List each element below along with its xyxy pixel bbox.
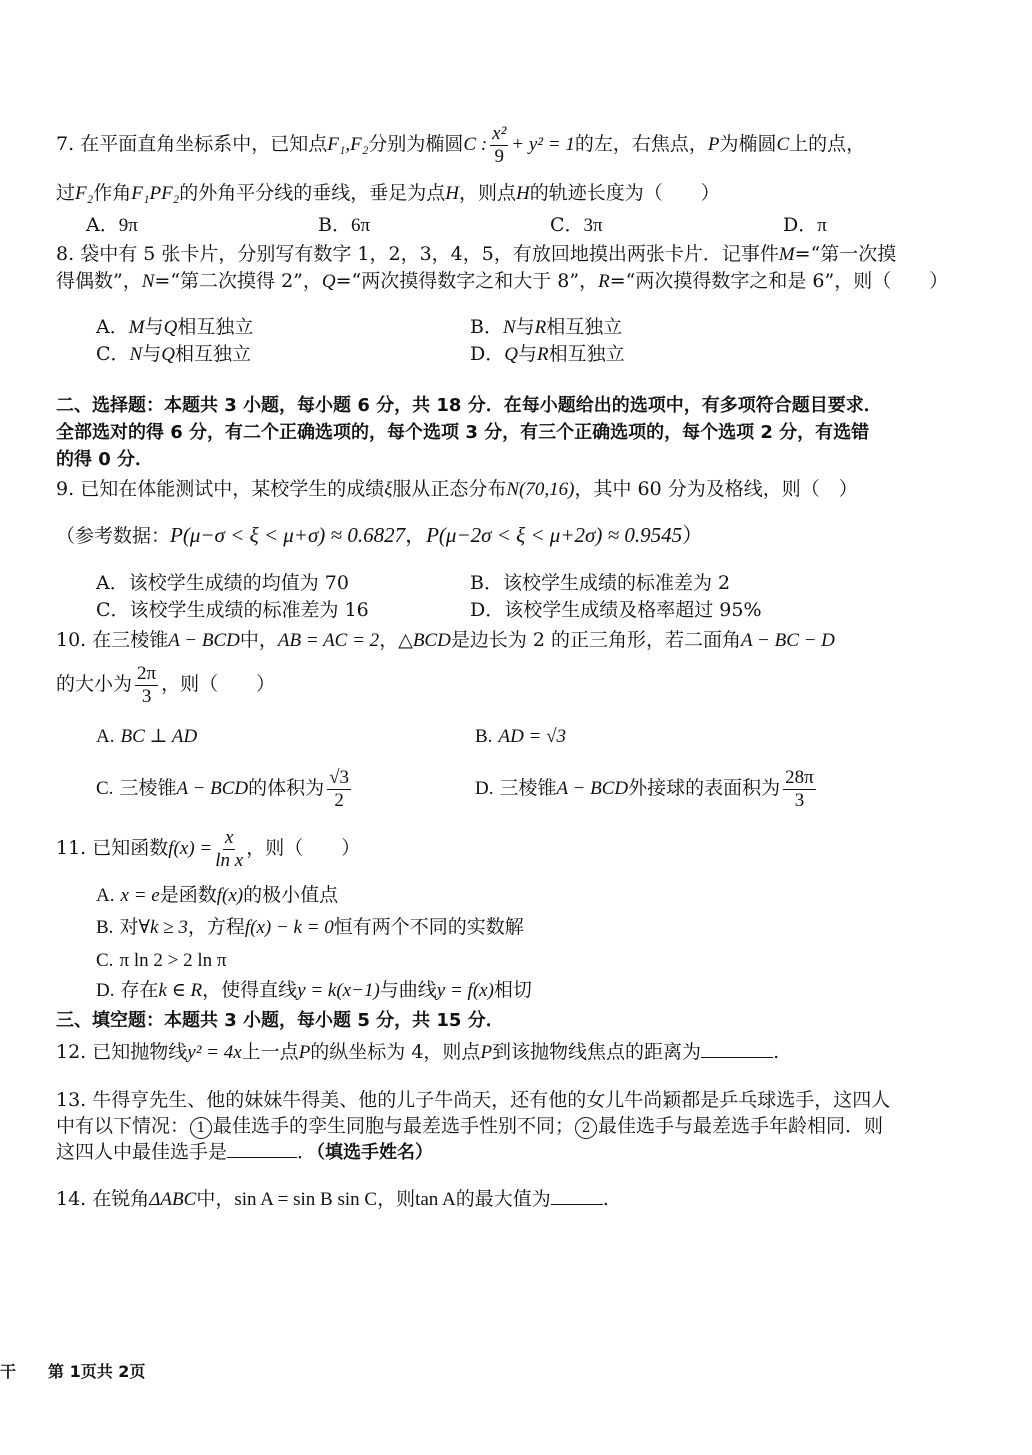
question-number: 9. — [56, 478, 74, 500]
math-var: N — [142, 271, 155, 292]
q9-text: ， — [405, 523, 426, 547]
option-math: ∀k ≥ 3 — [139, 917, 188, 938]
q12-text: 到该抛物线焦点的距离为 — [492, 1041, 701, 1063]
option-text: 相切 — [494, 979, 532, 1001]
math-equation: AB = AC = 2 — [278, 630, 379, 651]
option-text: 该校学生成绩的标准差为 16 — [130, 599, 369, 621]
q12-text: . — [773, 1041, 779, 1063]
math-var: P — [480, 1042, 492, 1063]
option-text: 恒有两个不同的实数解 — [334, 916, 524, 938]
q11-option-b: B. 对∀k ≥ 3，方程f(x) − k = 0恒有两个不同的实数解 — [96, 914, 524, 941]
math-angle: F₁PF₂ — [131, 183, 179, 204]
option-label: A. — [96, 885, 114, 906]
option-label: C． — [96, 343, 130, 365]
q7-option-d: D．π — [783, 212, 827, 239]
math-var: H — [516, 183, 530, 204]
math-var: F₂ — [75, 183, 93, 204]
q10-text: 的大小为 — [56, 673, 132, 695]
math-var: R — [535, 317, 547, 338]
q14-text: . — [603, 1188, 609, 1210]
page-number: 第 1页共 2页 — [48, 1359, 145, 1382]
circled-number-1: 1 — [190, 1117, 212, 1139]
fraction-numerator: x — [223, 827, 235, 850]
option-math: f(x) − k = 0 — [245, 917, 334, 938]
option-text: 的极小值点 — [243, 884, 338, 906]
q13-text: 最佳选手的孪生同胞与最差选手性别不同； — [213, 1115, 574, 1137]
math-var: C — [776, 134, 789, 155]
q7-text: 在平面直角坐标系中，已知点 — [80, 133, 327, 155]
math-fraction: 28π3 — [783, 767, 816, 812]
option-text: 与曲线 — [380, 979, 437, 1001]
option-text: 相互独立 — [546, 316, 622, 338]
math-fraction: 2π3 — [135, 663, 158, 708]
q10-option-d: D. 三棱锥A − BCD外接球的表面积为28π3 — [475, 760, 819, 817]
option-label: B. — [96, 917, 113, 938]
q10-line2: 的大小为2π3，则（ ） — [56, 656, 275, 712]
math-var: Q — [164, 317, 178, 338]
q10-option-b: B. AD = √3 — [475, 723, 566, 750]
math-dihedral: A − BC − D — [741, 630, 835, 651]
section-instructions-2: 全部选对的得 6 分，有二个正确选项的，每个选项 3 分，有三个正确选项的，每个… — [56, 420, 869, 446]
answer-blank[interactable] — [227, 1139, 297, 1158]
option-text: 与 — [145, 316, 164, 338]
fraction-denominator: 9 — [494, 146, 504, 168]
fraction-denominator: ln x — [215, 850, 243, 872]
q10-line1: 10. 在三棱锥A − BCD中，AB = AC = 2，△BCD是边长为 2 … — [56, 627, 835, 654]
answer-blank[interactable] — [701, 1039, 773, 1058]
q8-text: =“两次摸得数字之和大于 8”， — [336, 270, 598, 292]
q9-option-c: C．该校学生成绩的标准差为 16 — [96, 597, 369, 623]
q8-line2: 得偶数”，N=“第二次摸得 2”，Q=“两次摸得数字之和大于 8”，R=“两次摸… — [56, 268, 948, 295]
q9-text: 服从正态分布 — [392, 478, 506, 500]
q13-text: 中有以下情况： — [56, 1115, 189, 1137]
section-instructions-2-end: 的得 0 分． — [56, 447, 153, 473]
question-number: 7. — [56, 133, 74, 155]
option-text: 对 — [119, 916, 138, 938]
q13-line3: 这四人中最佳选手是．（填选手姓名） — [56, 1139, 433, 1166]
fraction-denominator: 2 — [334, 790, 344, 812]
q12-line: 12. 已知抛物线y² = 4x上一点P的纵坐标为 4，则点P到该抛物线焦点的距… — [56, 1039, 779, 1066]
option-label: D. — [96, 980, 114, 1001]
question-number: 14. — [56, 1188, 86, 1210]
option-label: D. — [475, 778, 493, 799]
q12-text: 的纵坐标为 4，则点 — [310, 1041, 480, 1063]
question-number: 8. — [56, 243, 74, 265]
option-text: 该校学生成绩的均值为 70 — [129, 572, 349, 594]
option-math: BC ⊥ AD — [121, 726, 198, 747]
fraction-numerator: 2π — [135, 663, 158, 686]
option-label: B． — [318, 214, 351, 236]
math-fraction: xln x — [215, 827, 243, 872]
q11-text: 已知函数 — [92, 837, 168, 859]
q7-line1: 7. 在平面直角坐标系中，已知点F₁,F₂分别为椭圆C :x²9+ y² = 1… — [56, 122, 865, 168]
math-tetrahedron: A − BCD — [177, 778, 249, 799]
option-text: 的体积为 — [248, 777, 324, 799]
q8-option-d: D．Q与R相互独立 — [470, 341, 625, 368]
q9-reference-data: （参考数据：P(μ−σ < ξ < μ+σ) ≈ 0.6827，P(μ−2σ <… — [56, 522, 703, 549]
math-var: Q — [161, 344, 175, 365]
q8-option-b: B．N与R相互独立 — [470, 314, 622, 341]
q7-text: 上的点， — [789, 133, 865, 155]
q7-text: 为椭圆 — [719, 133, 776, 155]
q11-option-d: D. 存在k ∈ R，使得直线y = k(x−1)与曲线y = f(x)相切 — [96, 977, 532, 1004]
q8-option-a: A．M与Q相互独立 — [96, 314, 253, 341]
q7-text: 分别为椭圆 — [368, 133, 463, 155]
option-text: 6π — [351, 215, 370, 236]
q8-text: 得偶数”， — [56, 270, 142, 292]
q14-text: ，则 — [377, 1188, 415, 1210]
q7-text: 作角 — [93, 182, 131, 204]
math-probability: P(μ−2σ < ξ < μ+2σ) ≈ 0.9545 — [426, 523, 682, 547]
q7-text: 的左，右焦点， — [575, 133, 708, 155]
q14-text: 中， — [196, 1188, 234, 1210]
option-text: 相互独立 — [549, 343, 625, 365]
q10-option-a: A. BC ⊥ AD — [96, 723, 197, 750]
fraction-numerator: √3 — [327, 767, 351, 790]
option-math: y = f(x) — [437, 980, 494, 1001]
option-label: A. — [96, 726, 114, 747]
q10-text: 是边长为 2 的正三角形，若二面角 — [451, 629, 741, 651]
question-number: 11. — [56, 837, 86, 859]
question-number: 12. — [56, 1041, 86, 1063]
math-probability: P(μ−σ < ξ < μ+σ) ≈ 0.6827 — [170, 523, 405, 547]
math-equation: sin A = sin B sin C — [234, 1189, 377, 1210]
option-text: π — [817, 215, 827, 236]
q9-text: ，其中 60 分为及格线，则（ ） — [574, 478, 857, 500]
footer-left-fragment: 干 — [0, 1359, 16, 1382]
q9-text: ） — [682, 523, 703, 547]
option-math: k ∈ R — [159, 980, 203, 1001]
math-tetrahedron: A − BCD — [168, 630, 240, 651]
option-label: D． — [783, 214, 817, 236]
q11-text: ，则（ ） — [246, 837, 360, 859]
math-var: M — [779, 244, 795, 265]
option-text: 9π — [119, 215, 138, 236]
question-number: 10. — [56, 629, 86, 651]
option-math: x = e — [121, 885, 160, 906]
q13-text: 牛得亨先生、他的妹妹牛得美、他的儿子牛尚天，还有他的女儿牛尚颖都是乒乓球选手，这… — [92, 1089, 890, 1111]
q14-text: 在锐角 — [92, 1188, 149, 1210]
option-math: y = k(x−1) — [297, 980, 380, 1001]
q14-text: 的最大值为 — [456, 1188, 551, 1210]
option-math: AD = √3 — [498, 726, 566, 747]
math-fraction: x²9 — [490, 123, 508, 168]
option-math: f(x) — [217, 885, 243, 906]
math-triangle: ΔABC — [149, 1189, 196, 1210]
q7-text: 的轨迹长度为（ ） — [530, 182, 720, 204]
math-var: Q — [504, 344, 518, 365]
option-text: ，方程 — [188, 916, 245, 938]
option-label: B． — [470, 572, 503, 594]
option-label: D． — [470, 343, 504, 365]
math-var: N — [130, 344, 143, 365]
q11-option-c: C. π ln 2 > 2 ln π — [96, 947, 226, 974]
option-text: 与 — [518, 343, 537, 365]
q10-text: 在三棱锥 — [92, 629, 168, 651]
q7-line2: 过F₂作角F₁PF₂的外角平分线的垂线，垂足为点H，则点H的轨迹长度为（ ） — [56, 180, 720, 207]
math-tetrahedron: A − BCD — [557, 778, 629, 799]
q9-option-d: D．该校学生成绩及格率超过 95% — [470, 597, 762, 623]
option-text: 3π — [584, 215, 603, 236]
option-math: π ln 2 > 2 ln π — [119, 950, 226, 971]
q9-option-a: A．该校学生成绩的均值为 70 — [96, 570, 349, 596]
q10-option-c: C. 三棱锥A − BCD的体积为√32 — [96, 760, 354, 817]
option-text: 存在 — [121, 979, 159, 1001]
q7-text: 过 — [56, 182, 75, 204]
option-text: 相互独立 — [175, 343, 251, 365]
option-text: 与 — [516, 316, 535, 338]
option-label: C. — [96, 778, 113, 799]
q8-option-c: C．N与Q相互独立 — [96, 341, 251, 368]
q10-text: ， — [379, 629, 398, 651]
option-label: B. — [475, 726, 492, 747]
option-label: C． — [550, 214, 584, 236]
math-var: P — [299, 1042, 311, 1063]
option-label: C． — [96, 599, 130, 621]
fraction-denominator: 3 — [795, 790, 805, 812]
math-ellipse-c: C : — [463, 134, 487, 155]
q12-text: 上一点 — [242, 1041, 299, 1063]
option-label: A． — [96, 316, 129, 338]
q7-option-b: B．6π — [318, 212, 370, 239]
q14-line: 14. 在锐角ΔABC中，sin A = sin B sin C，则tan A的… — [56, 1186, 609, 1213]
option-label: A． — [96, 572, 129, 594]
option-text: 三棱锥 — [119, 777, 176, 799]
math-triangle: △BCD — [398, 630, 451, 651]
q12-text: 已知抛物线 — [92, 1041, 187, 1063]
option-text: 该校学生成绩的标准差为 2 — [503, 572, 730, 594]
q13-text: 这四人中最佳选手是 — [56, 1141, 227, 1163]
fraction-numerator: 28π — [783, 767, 816, 790]
q8-text: =“两次摸得数字之和是 6”，则（ ） — [610, 270, 948, 292]
option-label: A． — [86, 214, 119, 236]
math-fraction: √32 — [327, 767, 351, 812]
math-tan: tan A — [415, 1189, 456, 1210]
math-var: R — [537, 344, 549, 365]
q7-option-a: A．9π — [86, 212, 138, 239]
q11-option-a: A. x = e是函数f(x)的极小值点 — [96, 882, 338, 909]
option-text: 该校学生成绩及格率超过 95% — [504, 599, 761, 621]
math-function: f(x) = — [168, 838, 212, 859]
section-heading-3: 三、填空题：本题共 3 小题，每小题 5 分，共 15 分． — [56, 1008, 504, 1034]
q9-option-b: B．该校学生成绩的标准差为 2 — [470, 570, 730, 596]
q13-text: 最佳选手与最差选手年龄相同．则 — [598, 1115, 883, 1137]
option-text: 是函数 — [160, 884, 217, 906]
q13-text: ． — [297, 1141, 316, 1163]
q10-text: 中， — [240, 629, 278, 651]
math-var: H — [445, 183, 459, 204]
q8-text: =“第一次摸 — [795, 243, 897, 265]
option-label: C. — [96, 950, 113, 971]
q8-text: =“第二次摸得 2”， — [154, 270, 321, 292]
math-distribution: N(70,16) — [506, 479, 574, 500]
q13-line1: 13. 牛得亨先生、他的妹妹牛得美、他的儿子牛尚天，还有他的女儿牛尚颖都是乒乓球… — [56, 1087, 890, 1113]
math-ellipse-eq: + y² = 1 — [511, 134, 575, 155]
option-text: 相互独立 — [177, 316, 253, 338]
math-var: Q — [322, 271, 336, 292]
fraction-numerator: x² — [490, 123, 508, 146]
option-text: ，使得直线 — [202, 979, 297, 1001]
q9-text: 已知在体能测试中，某校学生的成绩 — [80, 478, 384, 500]
option-text: 三棱锥 — [500, 777, 557, 799]
circled-number-2: 2 — [575, 1117, 597, 1139]
q7-text: ，则点 — [459, 182, 516, 204]
math-var: P — [708, 134, 720, 155]
q7-text: 的外角平分线的垂线，垂足为点 — [179, 182, 445, 204]
option-label: D． — [470, 599, 504, 621]
q7-option-c: C．3π — [550, 212, 603, 239]
q8-line1: 8. 袋中有 5 张卡片，分别写有数字 1，2，3，4，5，有放回地摸出两张卡片… — [56, 241, 896, 268]
q13-line2: 中有以下情况：1最佳选手的孪生同胞与最差选手性别不同；2最佳选手与最差选手年龄相… — [56, 1113, 883, 1139]
option-text: 外接球的表面积为 — [628, 777, 780, 799]
q9-text: （参考数据： — [56, 525, 170, 547]
math-var: N — [503, 317, 516, 338]
math-var: R — [598, 271, 610, 292]
option-text: 与 — [142, 343, 161, 365]
question-number: 13. — [56, 1089, 86, 1111]
q11-line1: 11. 已知函数f(x) =xln x，则（ ） — [56, 820, 360, 877]
q13-instruction: （填选手姓名） — [316, 1142, 433, 1163]
section-heading-2: 二、选择题：本题共 3 小题，每小题 6 分，共 18 分．在每小题给出的选项中… — [56, 393, 882, 419]
math-foci: F₁,F₂ — [327, 134, 368, 155]
answer-blank[interactable] — [551, 1186, 603, 1205]
q9-line1: 9. 已知在体能测试中，某校学生的成绩ξ服从正态分布N(70,16)，其中 60… — [56, 476, 858, 503]
q10-text: ，则（ ） — [161, 673, 275, 695]
q8-text: 袋中有 5 张卡片，分别写有数字 1，2，3，4，5，有放回地摸出两张卡片．记事… — [80, 243, 779, 265]
fraction-denominator: 3 — [142, 686, 152, 708]
math-var: M — [129, 317, 145, 338]
option-label: B． — [470, 316, 503, 338]
math-parabola: y² = 4x — [187, 1042, 241, 1063]
